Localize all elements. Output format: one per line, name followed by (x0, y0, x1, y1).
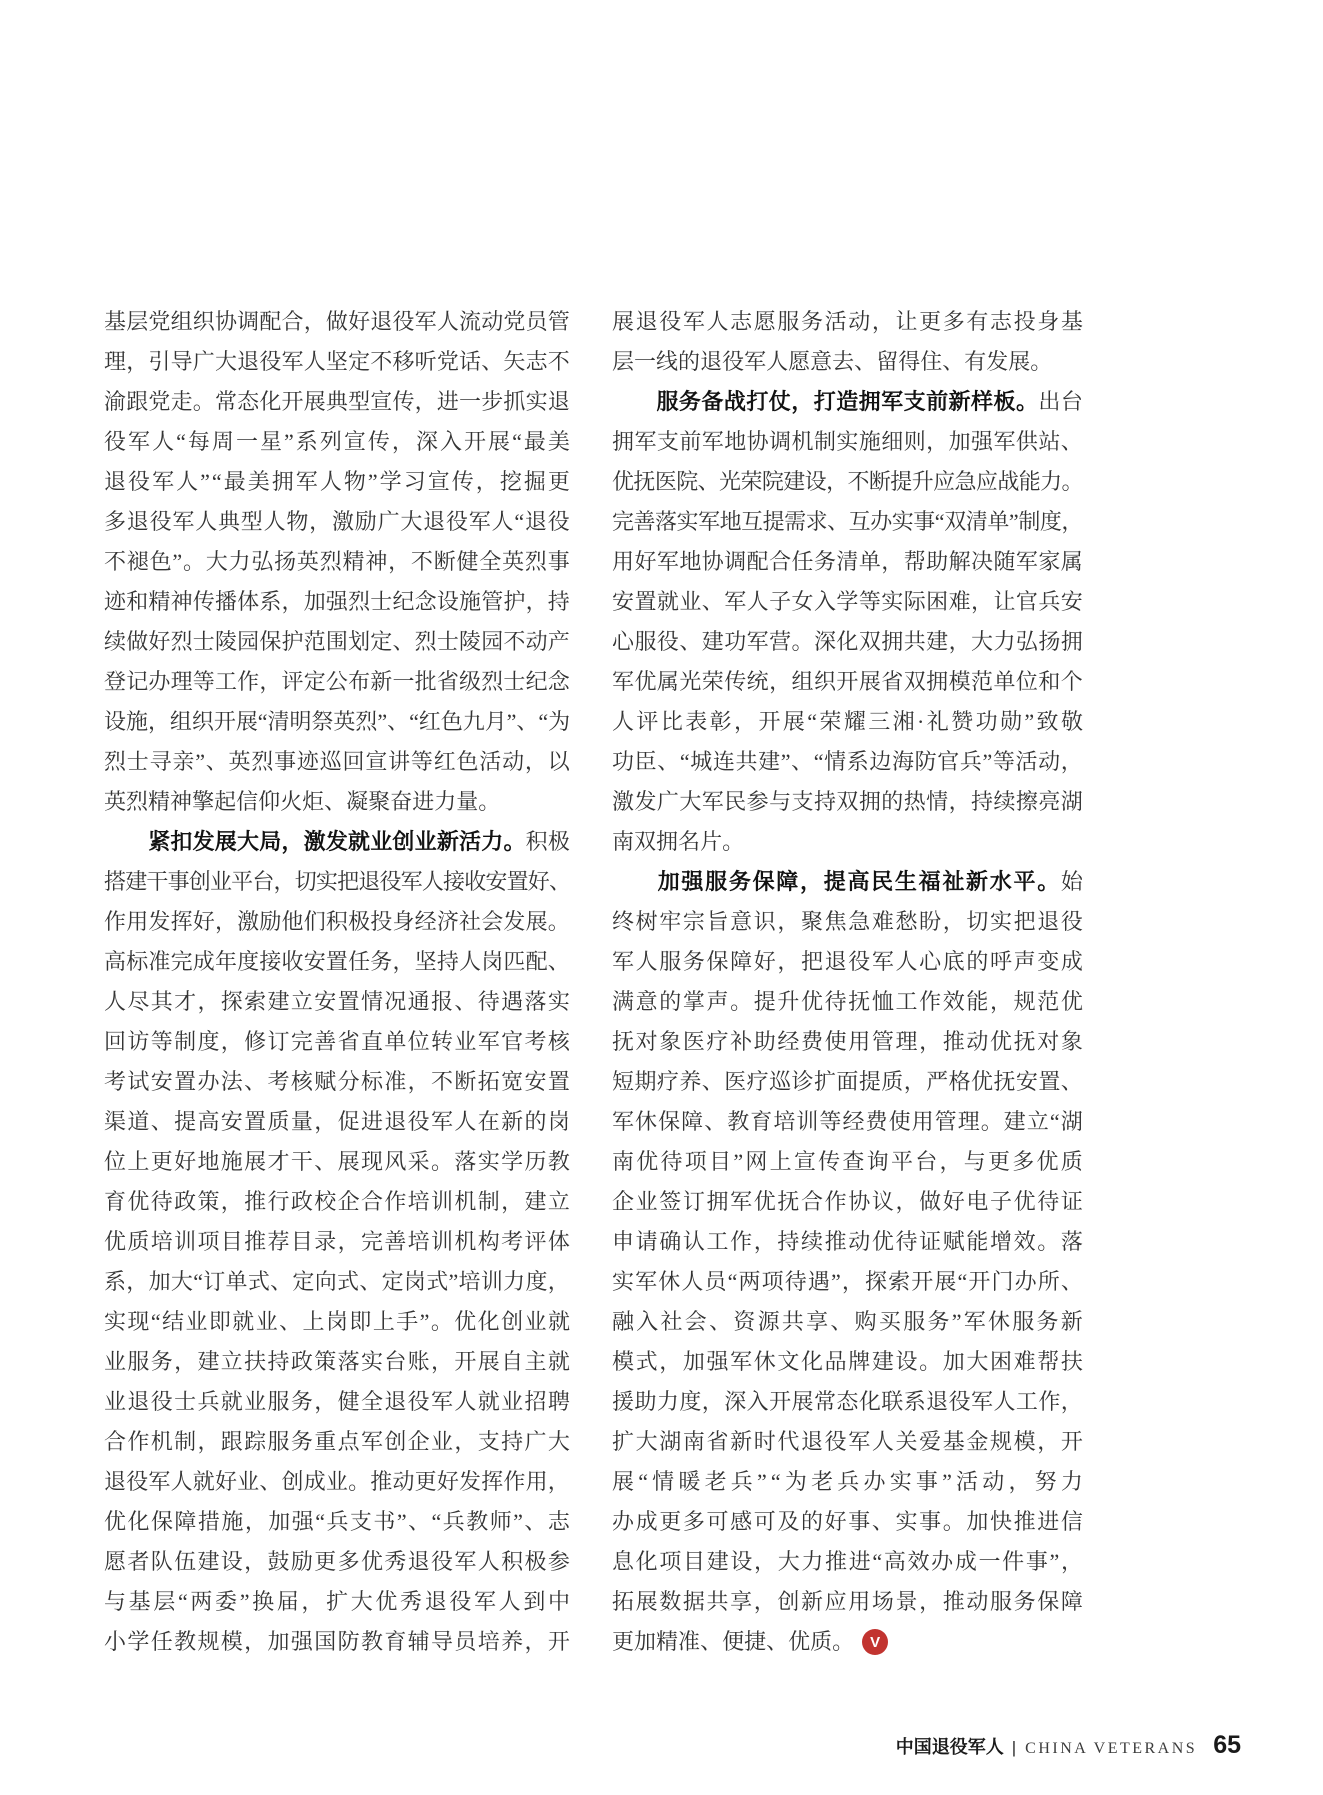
text-line: 作用发挥好，激励他们积极投身经济社会发展。 (104, 902, 570, 942)
text-line: 位上更好地施展才干、展现风采。落实学历教 (104, 1142, 570, 1182)
text-line: 军休保障、教育培训等经费使用管理。建立“湖 (612, 1102, 1083, 1142)
text-line: 层一线的退役军人愿意去、留得住、有发展。 (612, 342, 1083, 382)
text-line: 功臣、“城连共建”、“情系边海防官兵”等活动， (612, 742, 1083, 782)
text-line: 愿者队伍建设，鼓励更多优秀退役军人积极参 (104, 1542, 570, 1582)
magazine-title-en: CHINA VETERANS (1025, 1740, 1197, 1758)
text-line: 激发广大军民参与支持双拥的热情，持续擦亮湖 (612, 782, 1083, 822)
text-line: 育优待政策，推行政校企合作培训机制，建立 (104, 1182, 570, 1222)
text-line: 南优待项目”网上宣传查询平台，与更多优质 (612, 1142, 1083, 1182)
text-line: 理，引导广大退役军人坚定不移听党话、矢志不 (104, 342, 570, 382)
text-line: 搭建干事创业平台，切实把退役军人接收安置好、 (104, 862, 570, 902)
footer-divider: | (1012, 1738, 1016, 1758)
page-footer: 中国退役军人 | CHINA VETERANS 65 (896, 1731, 1241, 1760)
text-line: 基层党组织协调配合，做好退役军人流动党员管 (104, 302, 570, 342)
text-line: 英烈精神擎起信仰火炬、凝聚奋进力量。 (104, 782, 570, 822)
text-line: 不褪色”。大力弘扬英烈精神，不断健全英烈事 (104, 542, 570, 582)
text-line: 服务备战打仗，打造拥军支前新样板。出台 (612, 382, 1083, 422)
text-line: 退役军人”“最美拥军人物”学习宣传，挖掘更 (104, 462, 570, 502)
text-line: 援助力度，深入开展常态化联系退役军人工作， (612, 1382, 1083, 1422)
text-line: 南双拥名片。 (612, 822, 1083, 862)
text-line: 心服役、建功军营。深化双拥共建，大力弘扬拥 (612, 622, 1083, 662)
text-line: 展退役军人志愿服务活动，让更多有志投身基 (612, 302, 1083, 342)
text-line: 完善落实军地互提需求、互办实事“双清单”制度， (612, 502, 1083, 542)
text-line: 优质培训项目推荐目录，完善培训机构考评体 (104, 1222, 570, 1262)
text-line: 优化保障措施，加强“兵支书”、“兵教师”、志 (104, 1502, 570, 1542)
text-line: 合作机制，跟踪服务重点军创企业，支持广大 (104, 1422, 570, 1462)
text-line: 高标准完成年度接收安置任务，坚持人岗匹配、 (104, 942, 570, 982)
text-line: 续做好烈士陵园保护范围划定、烈士陵园不动产 (104, 622, 570, 662)
text-line: 人评比表彰，开展“荣耀三湘·礼赞功勋”致敬 (612, 702, 1083, 742)
text-line: 多退役军人典型人物，激励广大退役军人“退役 (104, 502, 570, 542)
text-line: 优抚医院、光荣院建设，不断提升应急应战能力。 (612, 462, 1083, 502)
text-line: 小学任教规模，加强国防教育辅导员培养，开 (104, 1622, 570, 1662)
text-line: 短期疗养、医疗巡诊扩面提质，严格优抚安置、 (612, 1062, 1083, 1102)
right-column: 展退役军人志愿服务活动，让更多有志投身基层一线的退役军人愿意去、留得住、有发展。… (612, 302, 1083, 1662)
veterans-end-mark-icon: V (862, 1629, 888, 1655)
text-line: 满意的掌声。提升优待抚恤工作效能，规范优 (612, 982, 1083, 1022)
text-line: 企业签订拥军优抚合作协议，做好电子优待证 (612, 1182, 1083, 1222)
text-line: 渠道、提高安置质量，促进退役军人在新的岗 (104, 1102, 570, 1142)
page-number: 65 (1213, 1731, 1241, 1760)
text-line: 展“情暖老兵”“为老兵办实事”活动，努力 (612, 1462, 1083, 1502)
text-line: 人尽其才，探索建立安置情况通报、待遇落实 (104, 982, 570, 1022)
text-line: 模式，加强军休文化品牌建设。加大困难帮扶 (612, 1342, 1083, 1382)
text-line: 终树牢宗旨意识，聚焦急难愁盼，切实把退役 (612, 902, 1083, 942)
text-line: 回访等制度，修订完善省直单位转业军官考核 (104, 1022, 570, 1062)
text-line: 实军休人员“两项待遇”，探索开展“开门办所、 (612, 1262, 1083, 1302)
text-line: 军优属光荣传统，组织开展省双拥模范单位和个 (612, 662, 1083, 702)
text-line: 登记办理等工作，评定公布新一批省级烈士纪念 (104, 662, 570, 702)
text-line: 更加精准、便捷、优质。V (612, 1622, 1083, 1662)
text-line: 用好军地协调配合任务清单，帮助解决随军家属 (612, 542, 1083, 582)
text-line: 拥军支前军地协调机制实施细则，加强军供站、 (612, 422, 1083, 462)
text-line: 紧扣发展大局，激发就业创业新活力。积极 (104, 822, 570, 862)
text-line: 考试安置办法、考核赋分标准，不断拓宽安置 (104, 1062, 570, 1102)
text-line: 设施，组织开展“清明祭英烈”、“红色九月”、“为 (104, 702, 570, 742)
text-line: 业退役士兵就业服务，健全退役军人就业招聘 (104, 1382, 570, 1422)
text-line: 役军人“每周一星”系列宣传，深入开展“最美 (104, 422, 570, 462)
text-line: 实现“结业即就业、上岗即上手”。优化创业就 (104, 1302, 570, 1342)
text-line: 迹和精神传播体系，加强烈士纪念设施管护，持 (104, 582, 570, 622)
left-column: 基层党组织协调配合，做好退役军人流动党员管理，引导广大退役军人坚定不移听党话、矢… (104, 302, 570, 1662)
magazine-title-cn: 中国退役军人 (896, 1733, 1004, 1759)
text-line: 安置就业、军人子女入学等实际困难，让官兵安 (612, 582, 1083, 622)
text-line: 渝跟党走。常态化开展典型宣传，进一步抓实退 (104, 382, 570, 422)
text-line: 退役军人就好业、创成业。推动更好发挥作用， (104, 1462, 570, 1502)
text-line: 扩大湖南省新时代退役军人关爱基金规模，开 (612, 1422, 1083, 1462)
text-line: 业服务，建立扶持政策落实台账，开展自主就 (104, 1342, 570, 1382)
magazine-page: 基层党组织协调配合，做好退役军人流动党员管理，引导广大退役军人坚定不移听党话、矢… (0, 0, 1323, 1795)
text-line: 拓展数据共享，创新应用场景，推动服务保障 (612, 1582, 1083, 1622)
text-line: 抚对象医疗补助经费使用管理，推动优抚对象 (612, 1022, 1083, 1062)
text-line: 与基层“两委”换届，扩大优秀退役军人到中 (104, 1582, 570, 1622)
text-line: 申请确认工作，持续推动优待证赋能增效。落 (612, 1222, 1083, 1262)
text-line: 烈士寻亲”、英烈事迹巡回宣讲等红色活动，以 (104, 742, 570, 782)
text-line: 系，加大“订单式、定向式、定岗式”培训力度， (104, 1262, 570, 1302)
text-line: 息化项目建设，大力推进“高效办成一件事”， (612, 1542, 1083, 1582)
text-line: 办成更多可感可及的好事、实事。加快推进信 (612, 1502, 1083, 1542)
text-line: 融入社会、资源共享、购买服务”军休服务新 (612, 1302, 1083, 1342)
text-line: 军人服务保障好，把退役军人心底的呼声变成 (612, 942, 1083, 982)
text-line: 加强服务保障，提高民生福祉新水平。始 (612, 862, 1083, 902)
